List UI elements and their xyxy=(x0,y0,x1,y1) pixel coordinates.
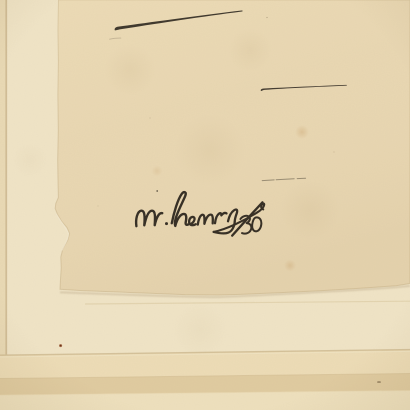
artwork-canvas: m. henry '30 xyxy=(0,0,410,410)
artwork-photo: m. henry '30 m. henry '30 xyxy=(0,0,410,410)
photo-grain xyxy=(0,0,410,410)
